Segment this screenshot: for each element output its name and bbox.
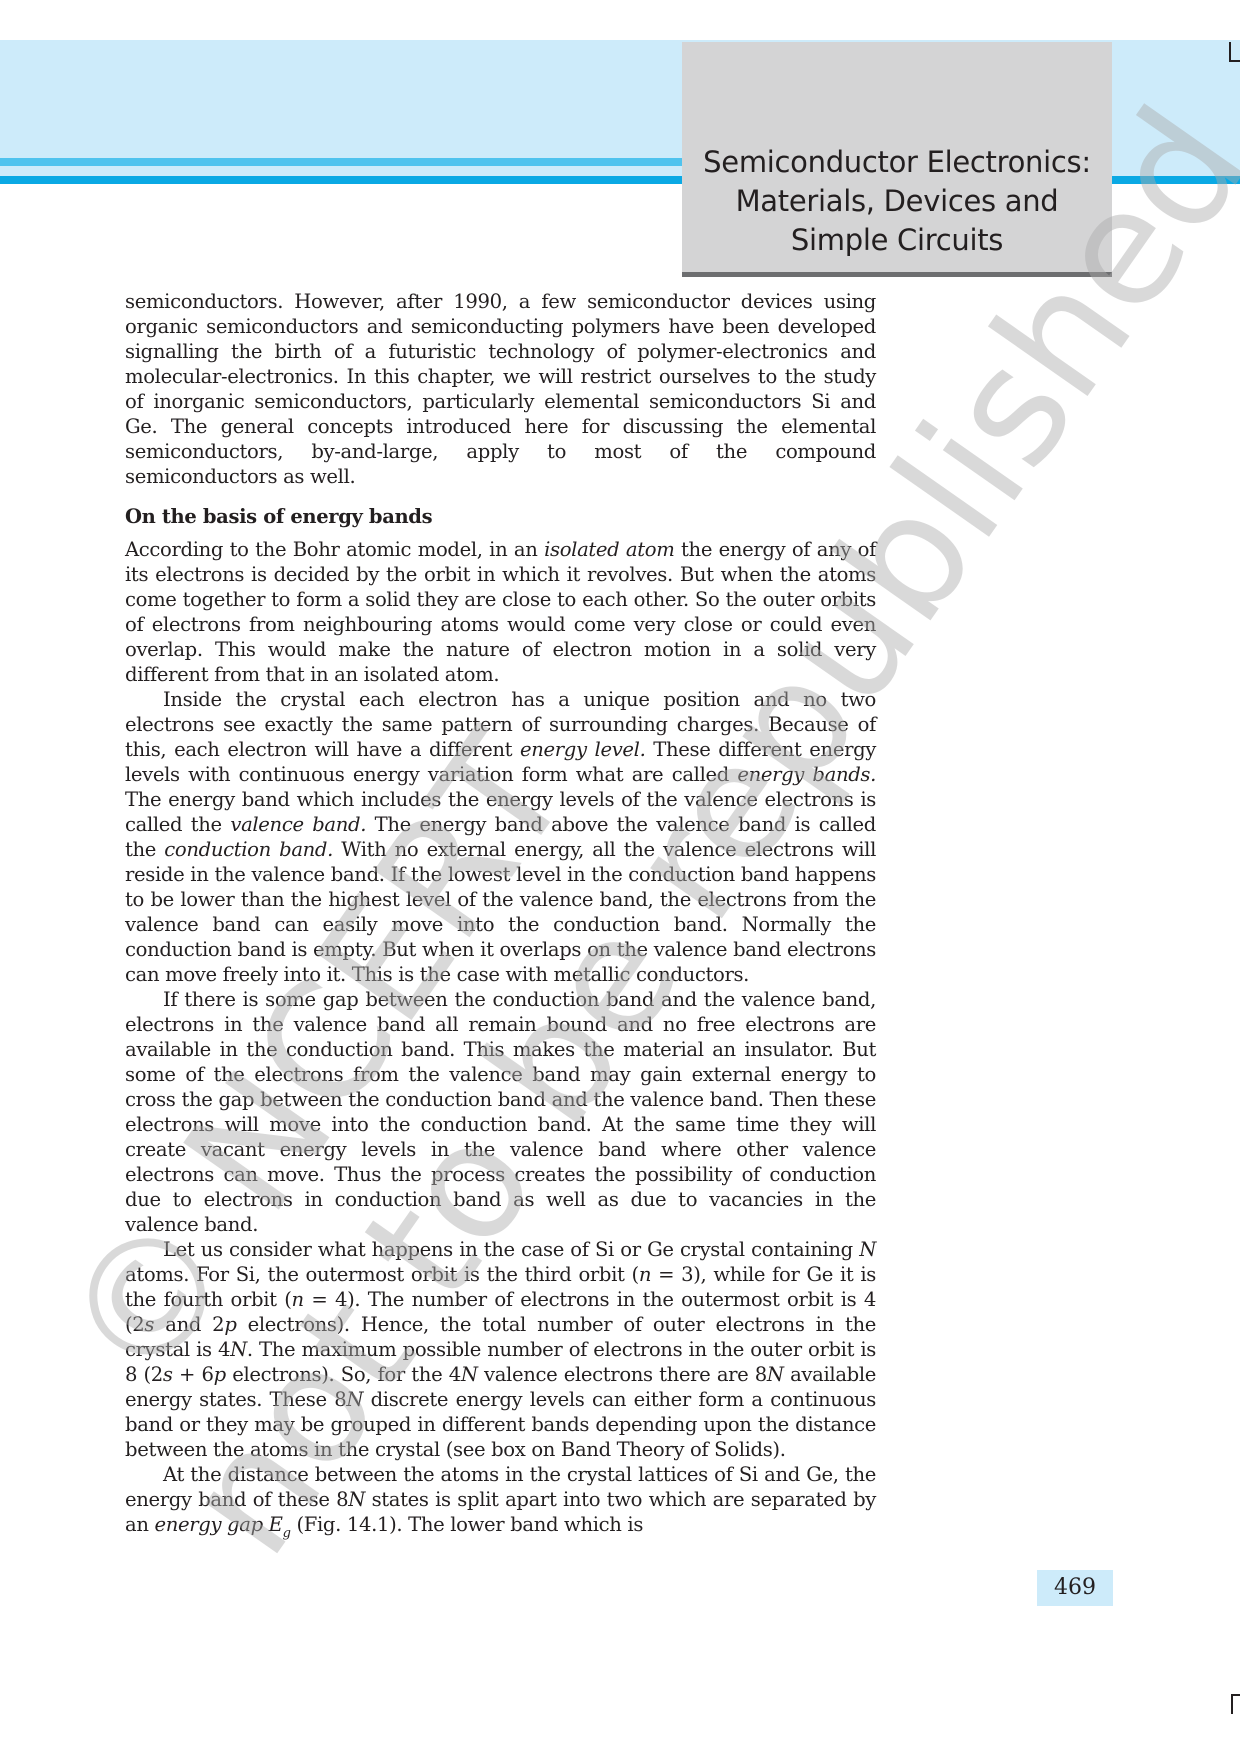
paragraph-4: Let us consider what happens in the case… xyxy=(125,1237,876,1462)
section-heading: On the basis of energy bands xyxy=(125,504,876,529)
paragraph-2: Inside the crystal each electron has a u… xyxy=(125,687,876,987)
paragraph-5: At the distance between the atoms in the… xyxy=(125,1462,876,1537)
chapter-title-box: Semiconductor Electronics: Materials, De… xyxy=(682,42,1112,277)
chapter-title-line-3: Simple Circuits xyxy=(682,221,1112,260)
page-body: semiconductors. However, after 1990, a f… xyxy=(125,289,876,1537)
crop-mark-top-icon xyxy=(1229,42,1240,62)
paragraph-3: If there is some gap between the conduct… xyxy=(125,987,876,1237)
page-number: 469 xyxy=(1037,1570,1113,1606)
paragraph-1: According to the Bohr atomic model, in a… xyxy=(125,537,876,687)
chapter-title-line-2: Materials, Devices and xyxy=(682,182,1112,221)
header-stripe-light xyxy=(0,158,682,166)
crop-mark-bottom-icon xyxy=(1231,1694,1240,1714)
chapter-title: Semiconductor Electronics: Materials, De… xyxy=(682,143,1112,260)
paragraph-intro: semiconductors. However, after 1990, a f… xyxy=(125,289,876,489)
chapter-title-line-1: Semiconductor Electronics: xyxy=(682,143,1112,182)
